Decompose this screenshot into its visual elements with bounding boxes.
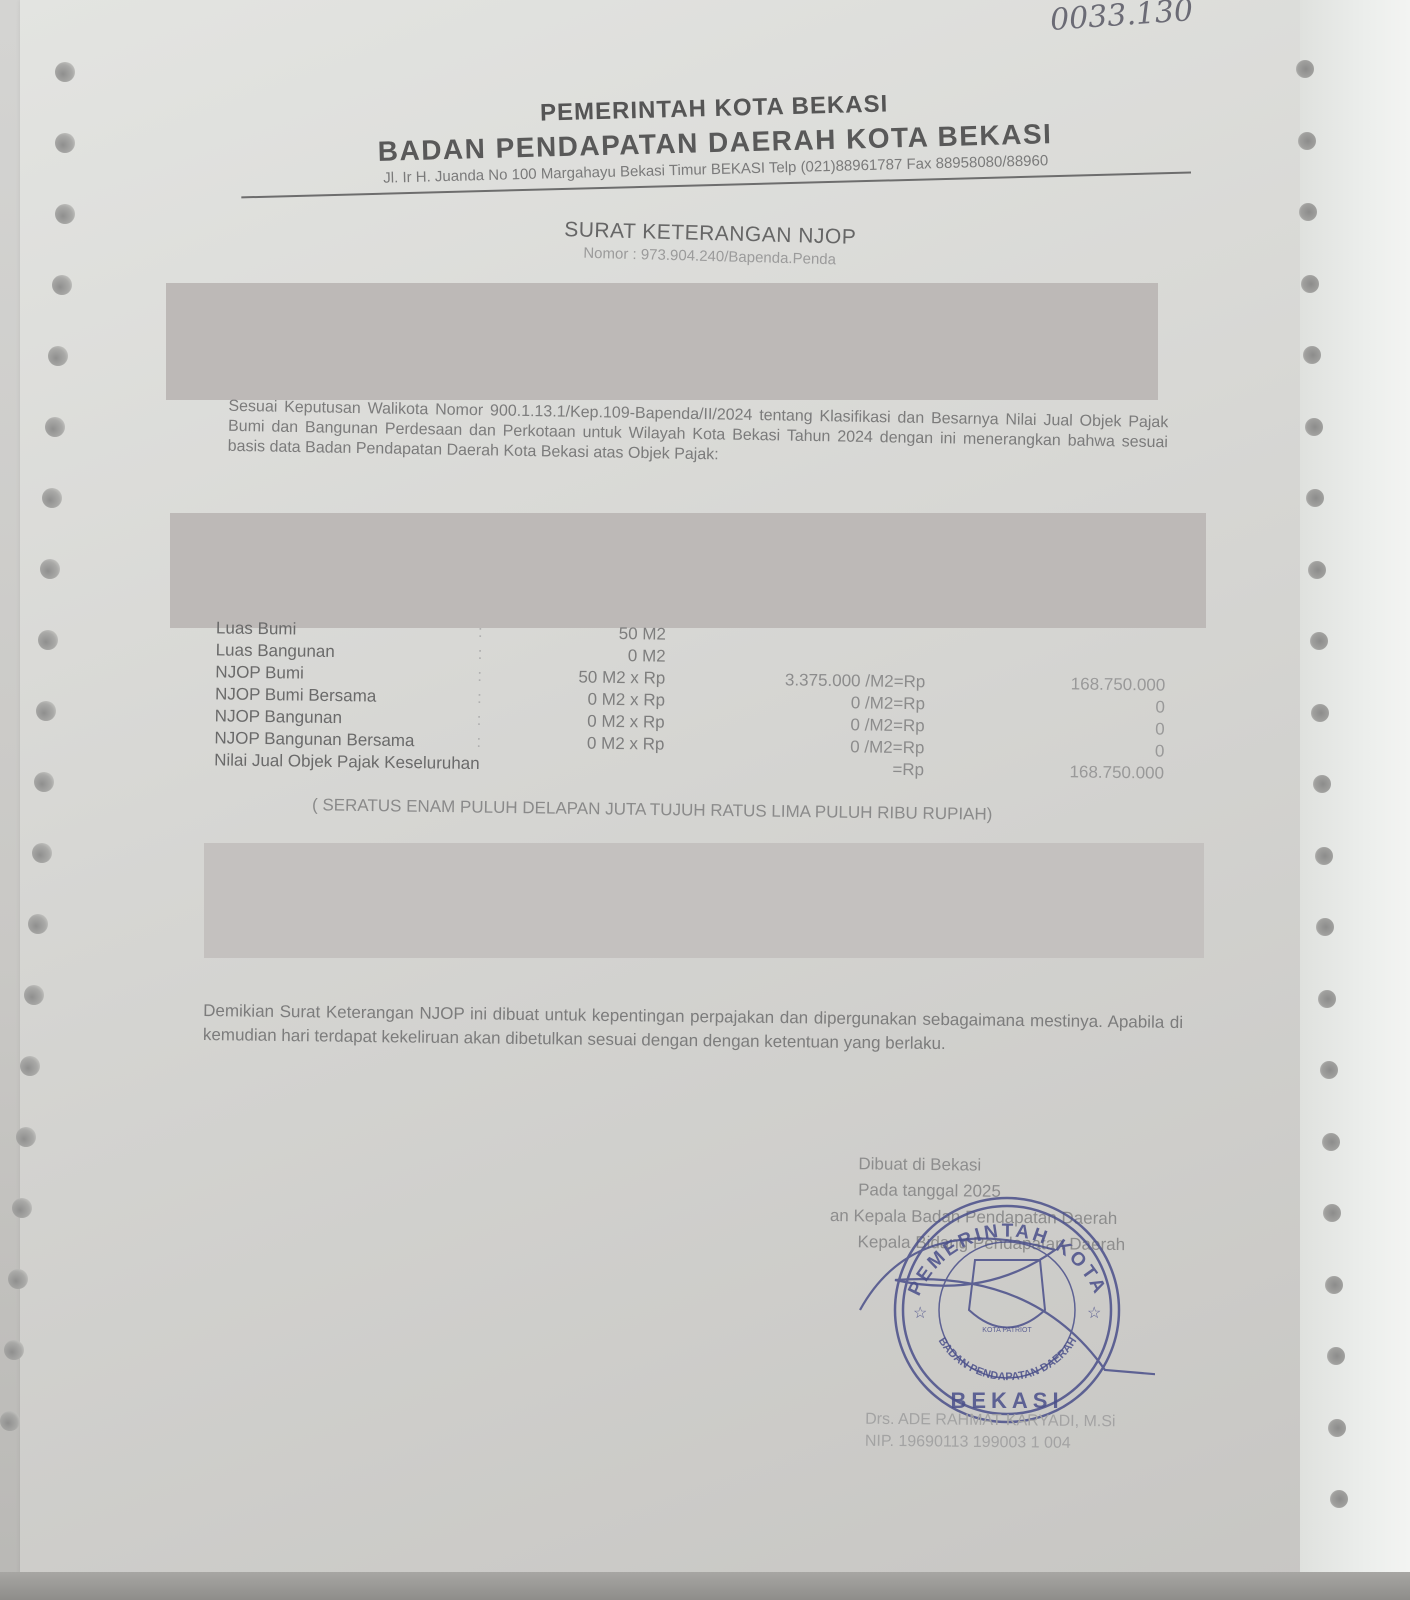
- separator-colon: :: [478, 622, 483, 642]
- valuation-quantity: 50 M2: [619, 624, 667, 645]
- valuation-quantity: 0 M2 x Rp: [587, 734, 665, 755]
- feed-hole: [1311, 704, 1329, 722]
- feed-hole: [28, 914, 48, 934]
- feed-hole: [1305, 418, 1323, 436]
- feed-hole: [36, 701, 56, 721]
- valuation-rate: 0 /M2=Rp: [850, 737, 924, 758]
- valuation-quantity: 50 M2 x Rp: [578, 667, 665, 688]
- redacted-block-notes: [204, 843, 1204, 958]
- feed-hole: [32, 843, 52, 863]
- valuation-rate: 0 /M2=Rp: [851, 693, 925, 714]
- valuation-table: Luas Bumi50 M2:Luas Bangunan0 M2:NJOP Bu…: [214, 618, 1166, 785]
- document-title-block: SURAT KETERANGAN NJOP Nomor : 973.904.24…: [539, 218, 880, 270]
- svg-text:BADAN PENDAPATAN DAERAH: BADAN PENDAPATAN DAERAH: [936, 1335, 1080, 1383]
- feed-hole: [38, 630, 58, 650]
- valuation-amount: 0: [1155, 698, 1165, 718]
- emblem-motto: KOTA PATRIOT: [982, 1327, 1032, 1334]
- feed-hole: [12, 1198, 32, 1218]
- feed-hole: [1308, 561, 1326, 579]
- feed-hole: [55, 133, 75, 153]
- valuation-label: Luas Bangunan: [216, 640, 335, 662]
- valuation-label: NJOP Bumi Bersama: [215, 684, 376, 706]
- valuation-amount: 0: [1155, 741, 1165, 761]
- feed-hole: [1298, 132, 1316, 150]
- valuation-amount: 0: [1155, 719, 1165, 739]
- feed-hole: [42, 488, 62, 508]
- official-stamp: PEMERINTAH KOTA BADAN PENDAPATAN DAERAH …: [855, 1170, 1155, 1430]
- feed-hole: [8, 1269, 28, 1289]
- feed-hole: [1303, 346, 1321, 364]
- separator-colon: :: [478, 644, 483, 664]
- valuation-quantity: 0 M2 x Rp: [587, 712, 665, 733]
- feed-hole: [1315, 847, 1333, 865]
- feed-hole: [34, 772, 54, 792]
- feed-hole: [4, 1340, 24, 1360]
- feed-hole: [48, 346, 68, 366]
- valuation-rate: =Rp: [892, 760, 924, 780]
- signer-name: Drs. ADE RAHMAT KARYADI, M.Si: [865, 1409, 1116, 1434]
- feed-hole: [45, 417, 65, 437]
- valuation-rate: 3.375.000 /M2=Rp: [785, 670, 926, 692]
- redacted-block-recipient: [166, 283, 1158, 400]
- feed-hole: [20, 1056, 40, 1076]
- feed-hole: [55, 204, 75, 224]
- feed-hole: [1325, 1276, 1343, 1294]
- separator-colon: :: [476, 732, 481, 752]
- separator-colon: :: [477, 688, 482, 708]
- feed-hole: [24, 985, 44, 1005]
- valuation-rate: 0 /M2=Rp: [850, 715, 924, 736]
- signer-block: Drs. ADE RAHMAT KARYADI, M.Si NIP. 19690…: [865, 1409, 1116, 1456]
- feed-hole: [1330, 1490, 1348, 1508]
- feed-hole: [1327, 1347, 1345, 1365]
- valuation-quantity: 0 M2 x Rp: [587, 690, 665, 711]
- valuation-label: Luas Bumi: [216, 618, 297, 639]
- table-surface: [0, 1572, 1410, 1600]
- valuation-label: Nilai Jual Objek Pajak Keseluruhan: [214, 750, 480, 774]
- valuation-amount: 168.750.000: [1069, 762, 1164, 783]
- star-icon: ☆: [1087, 1305, 1101, 1322]
- feed-hole: [55, 62, 75, 82]
- separator-colon: :: [477, 666, 482, 686]
- feed-hole: [0, 1411, 20, 1431]
- feed-hole: [16, 1127, 36, 1147]
- feed-hole: [40, 559, 60, 579]
- feed-hole: [1320, 1061, 1338, 1079]
- valuation-label: NJOP Bangunan: [215, 706, 343, 728]
- valuation-quantity: 0 M2: [628, 646, 666, 667]
- feed-hole: [1322, 1133, 1340, 1151]
- separator-colon: :: [477, 710, 482, 730]
- signer-nip: NIP. 19690113 199003 1 004: [865, 1431, 1116, 1456]
- feed-hole: [1313, 775, 1331, 793]
- star-icon: ☆: [913, 1305, 927, 1322]
- valuation-label: NJOP Bangunan Bersama: [214, 728, 414, 751]
- feed-hole: [52, 275, 72, 295]
- valuation-label: NJOP Bumi: [215, 662, 304, 683]
- feed-hole: [1318, 990, 1336, 1008]
- redacted-block-object: [170, 513, 1206, 628]
- feed-hole: [1301, 275, 1319, 293]
- valuation-amount: 168.750.000: [1071, 674, 1166, 695]
- feed-hole: [1296, 60, 1314, 78]
- feed-hole: [1328, 1419, 1346, 1437]
- adjacent-page-strip: [1300, 0, 1410, 1600]
- feed-hole: [1310, 632, 1328, 650]
- stamp-middle-text: BADAN PENDAPATAN DAERAH: [936, 1335, 1080, 1383]
